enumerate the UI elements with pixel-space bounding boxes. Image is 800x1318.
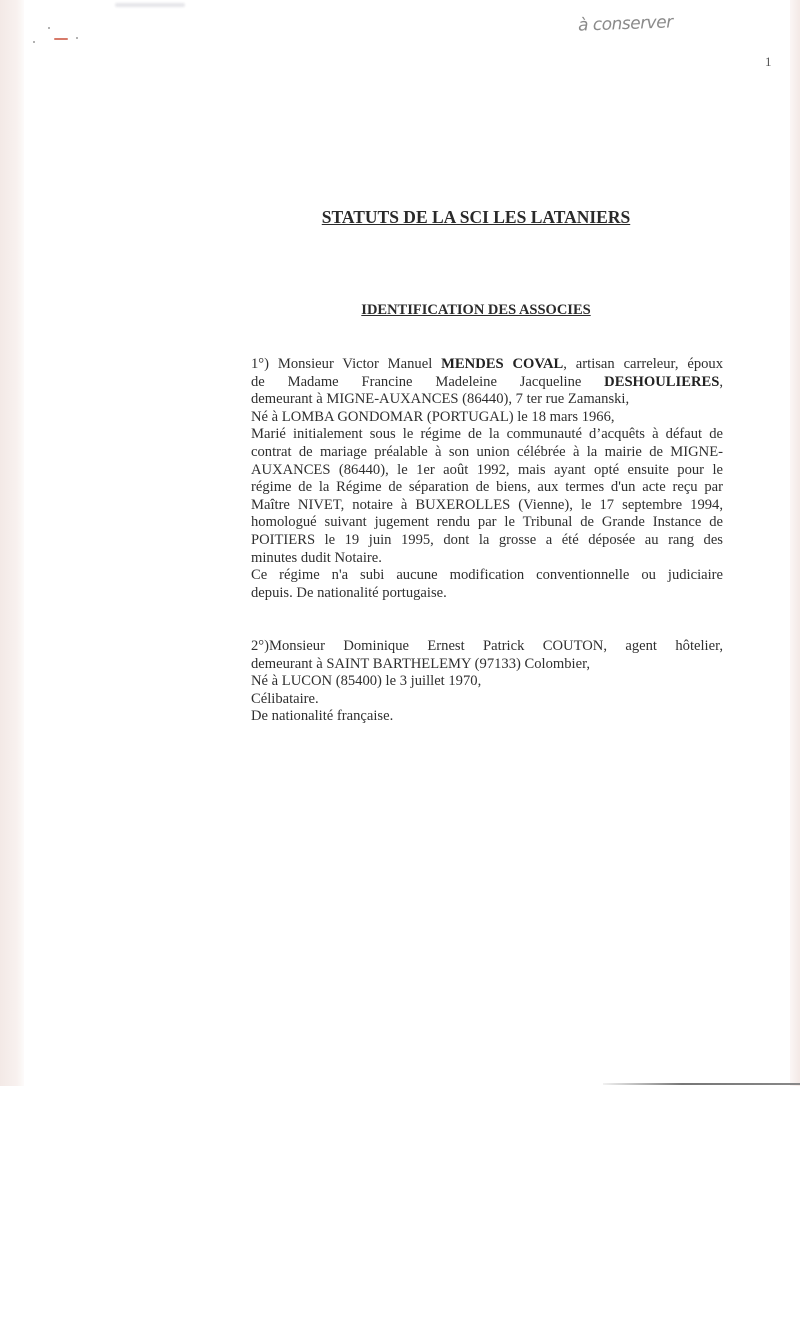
associate-1-paragraph: 1°) Monsieur Victor Manuel MENDES COVAL,… bbox=[251, 356, 723, 602]
text-run: Né à LOMBA GONDOMAR (PORTUGAL) le 18 mar… bbox=[251, 409, 615, 425]
text-run: Né à LUCON (85400) le 3 juillet 1970, bbox=[251, 673, 481, 689]
text-run: régime de la Régime de séparation de bie… bbox=[251, 479, 723, 495]
text-run: minutes dudit Notaire. bbox=[251, 550, 382, 566]
text-run: , bbox=[719, 374, 723, 390]
scan-smudge bbox=[115, 3, 185, 7]
scan-dot bbox=[48, 27, 50, 29]
text-run: , artisan carreleur, époux bbox=[563, 356, 723, 372]
handwritten-note: à conserver bbox=[578, 12, 673, 35]
red-ink-mark bbox=[54, 38, 68, 40]
text-run: demeurant à MIGNE-AUXANCES (86440), 7 te… bbox=[251, 391, 629, 407]
text-run: De nationalité française. bbox=[251, 708, 393, 724]
text-run: Maître NIVET, notaire à BUXEROLLES (Vien… bbox=[251, 497, 723, 513]
scan-left-edge bbox=[0, 0, 24, 1086]
text-line: AUXANCES (86440), le 1er août 1992, mais… bbox=[251, 462, 723, 480]
document-title: STATUTS DE LA SCI LES LATANIERS bbox=[0, 207, 800, 228]
page-bottom-edge bbox=[603, 1083, 800, 1085]
document-page: à conserver 1 STATUTS DE LA SCI LES LATA… bbox=[0, 0, 800, 1086]
scan-right-edge bbox=[790, 0, 800, 1086]
text-line: demeurant à SAINT BARTHELEMY (97133) Col… bbox=[251, 656, 723, 674]
text-run: de Madame Francine Madeleine Jacqueline bbox=[251, 374, 604, 390]
text-run: POITIERS le 19 juin 1995, dont la grosse… bbox=[251, 532, 723, 548]
text-run: demeurant à SAINT BARTHELEMY (97133) Col… bbox=[251, 656, 590, 672]
bold-name: DESHOULIERES bbox=[604, 374, 719, 390]
text-line: demeurant à MIGNE-AUXANCES (86440), 7 te… bbox=[251, 391, 723, 409]
text-run: 1°) Monsieur Victor Manuel bbox=[251, 356, 441, 372]
scan-dot bbox=[76, 37, 78, 39]
text-line: contrat de mariage préalable à son union… bbox=[251, 444, 723, 462]
text-run: Célibataire. bbox=[251, 691, 319, 707]
text-line: 2°)Monsieur Dominique Ernest Patrick COU… bbox=[251, 638, 723, 656]
text-line: De nationalité française. bbox=[251, 708, 723, 726]
text-line: Né à LUCON (85400) le 3 juillet 1970, bbox=[251, 673, 723, 691]
text-line: minutes dudit Notaire. bbox=[251, 550, 723, 568]
section-title: IDENTIFICATION DES ASSOCIES bbox=[0, 302, 800, 319]
text-line: Ce régime n'a subi aucune modification c… bbox=[251, 567, 723, 585]
associate-2-paragraph: 2°)Monsieur Dominique Ernest Patrick COU… bbox=[251, 638, 723, 726]
text-line: 1°) Monsieur Victor Manuel MENDES COVAL,… bbox=[251, 356, 723, 374]
text-run: AUXANCES (86440), le 1er août 1992, mais… bbox=[251, 462, 723, 478]
text-line: depuis. De nationalité portugaise. bbox=[251, 585, 723, 603]
text-run: 2°)Monsieur Dominique Ernest Patrick COU… bbox=[251, 638, 723, 654]
text-line: Célibataire. bbox=[251, 691, 723, 709]
scan-dot bbox=[33, 41, 35, 43]
text-line: de Madame Francine Madeleine Jacqueline … bbox=[251, 374, 723, 392]
bold-name: MENDES COVAL bbox=[441, 356, 563, 372]
text-run: Ce régime n'a subi aucune modification c… bbox=[251, 567, 723, 583]
text-run: homologué suivant jugement rendu par le … bbox=[251, 514, 723, 530]
text-run: Marié initialement sous le régime de la … bbox=[251, 426, 723, 442]
text-line: régime de la Régime de séparation de bie… bbox=[251, 479, 723, 497]
page-number: 1 bbox=[765, 54, 772, 70]
text-line: Né à LOMBA GONDOMAR (PORTUGAL) le 18 mar… bbox=[251, 409, 723, 427]
text-line: POITIERS le 19 juin 1995, dont la grosse… bbox=[251, 532, 723, 550]
text-line: Marié initialement sous le régime de la … bbox=[251, 426, 723, 444]
text-line: homologué suivant jugement rendu par le … bbox=[251, 514, 723, 532]
text-run: depuis. De nationalité portugaise. bbox=[251, 585, 447, 601]
text-line: Maître NIVET, notaire à BUXEROLLES (Vien… bbox=[251, 497, 723, 515]
text-run: contrat de mariage préalable à son union… bbox=[251, 444, 723, 460]
